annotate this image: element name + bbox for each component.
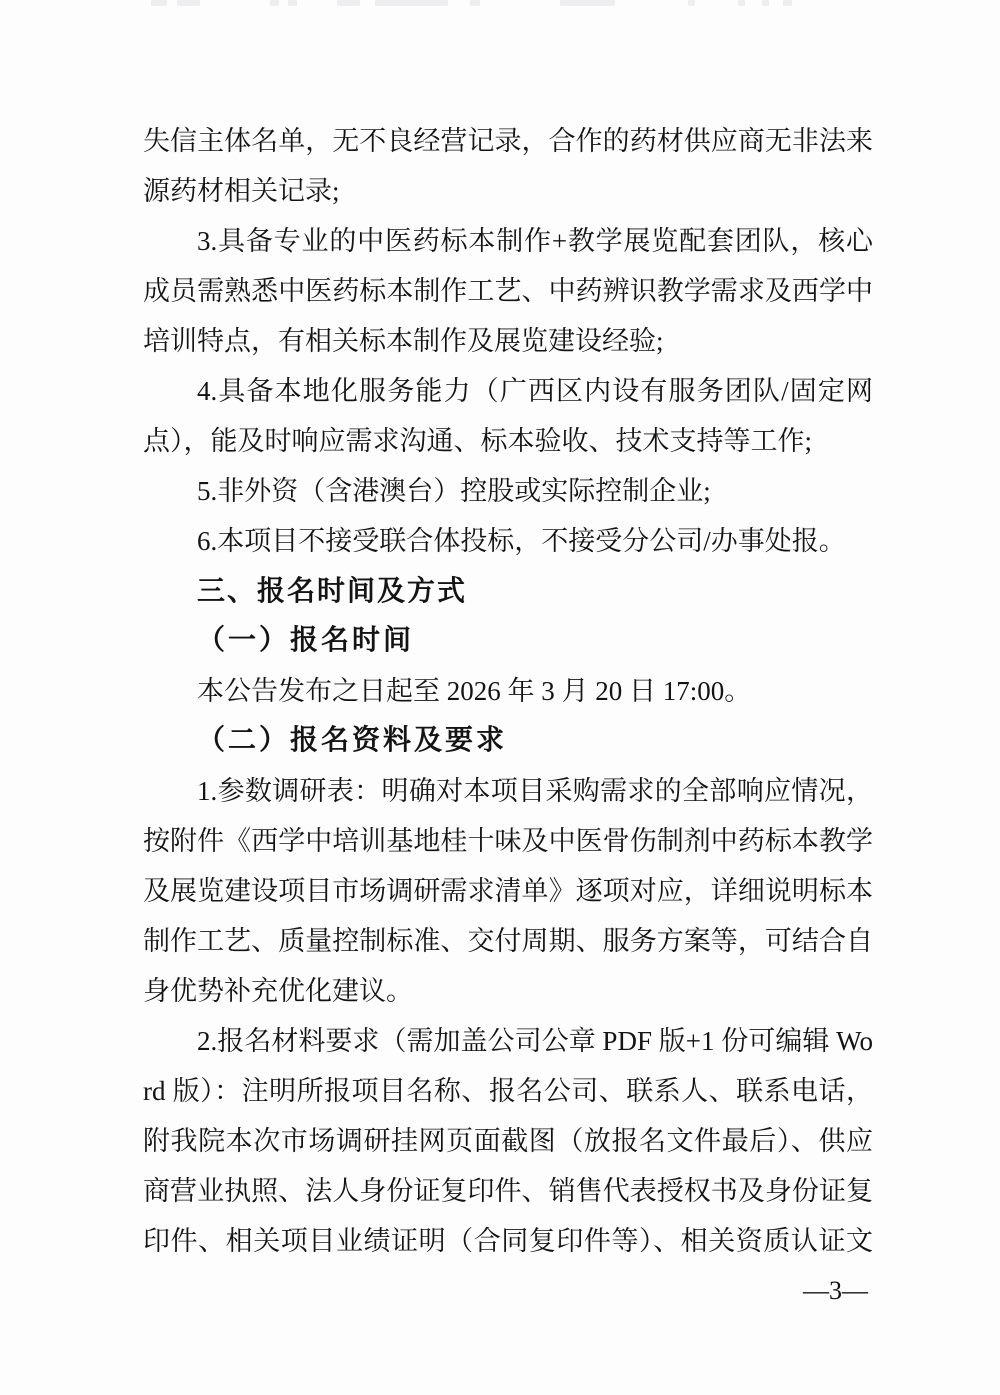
- text-line: 培训特点，有相关标本制作及展览建设经验;: [143, 316, 873, 366]
- scan-artifact: [470, 0, 480, 6]
- text-line: 及展览建设项目市场调研需求清单》逐项对应，详细说明标本: [143, 866, 873, 916]
- document-page: 失信主体名单，无不良经营记录，合作的药材供应商无非法来 源药材相关记录; 3.具…: [0, 0, 1000, 1395]
- scan-artifact: [337, 0, 360, 6]
- scan-artifact: [688, 0, 695, 6]
- text-line: 身优势补充优化建议。: [143, 966, 873, 1016]
- section-heading: 三、报名时间及方式: [143, 566, 873, 616]
- scan-artifact: [375, 0, 448, 6]
- text-line: 印件、相关项目业绩证明（合同复印件等）、相关资质认证文: [143, 1216, 873, 1266]
- page-number: —3—: [803, 1274, 868, 1308]
- text-line: 源药材相关记录;: [143, 166, 873, 216]
- text-line: 2.报名材料要求（需加盖公司公章 PDF 版+1 份可编辑 Wo: [143, 1016, 873, 1066]
- text-line: 4.具备本地化服务能力（广西区内设有服务团队/固定网: [143, 366, 873, 416]
- scan-artifact: [762, 0, 769, 6]
- subsection-heading: （二）报名资料及要求: [143, 716, 873, 766]
- text-line: 点），能及时响应需求沟通、标本验收、技术支持等工作;: [143, 416, 873, 466]
- text-line: 1.参数调研表：明确对本项目采购需求的全部响应情况，: [143, 766, 873, 816]
- scan-artifact: [288, 0, 297, 6]
- scan-artifact: [270, 0, 279, 6]
- text-line: rd 版）：注明所报项目名称、报名公司、联系人、联系电话，: [143, 1066, 873, 1116]
- scan-artifact: [738, 0, 745, 6]
- text-line: 成员需熟悉中医药标本制作工艺、中药辨识教学需求及西学中: [143, 266, 873, 316]
- scan-artifact: [560, 0, 615, 6]
- text-line: 5.非外资（含港澳台）控股或实际控制企业;: [143, 466, 873, 516]
- text-line: 本公告发布之日起至 2026 年 3 月 20 日 17:00。: [143, 666, 873, 716]
- document-body: 失信主体名单，无不良经营记录，合作的药材供应商无非法来 源药材相关记录; 3.具…: [143, 116, 873, 1266]
- text-line: 制作工艺、质量控制标准、交付周期、服务方案等，可结合自: [143, 916, 873, 966]
- text-line: 3.具备专业的中医药标本制作+教学展览配套团队，核心: [143, 216, 873, 266]
- scan-artifact: [151, 0, 167, 6]
- text-line: 附我院本次市场调研挂网页面截图（放报名文件最后）、供应: [143, 1116, 873, 1166]
- text-line: 按附件《西学中培训基地桂十味及中医骨伤制剂中药标本教学: [143, 816, 873, 866]
- scan-artifact: [783, 0, 792, 6]
- subsection-heading: （一）报名时间: [143, 616, 873, 666]
- text-line: 失信主体名单，无不良经营记录，合作的药材供应商无非法来: [143, 116, 873, 166]
- text-line: 6.本项目不接受联合体投标，不接受分公司/办事处报。: [143, 516, 873, 566]
- text-line: 商营业执照、法人身份证复印件、销售代表授权书及身份证复: [143, 1166, 873, 1216]
- scan-artifact: [177, 0, 200, 6]
